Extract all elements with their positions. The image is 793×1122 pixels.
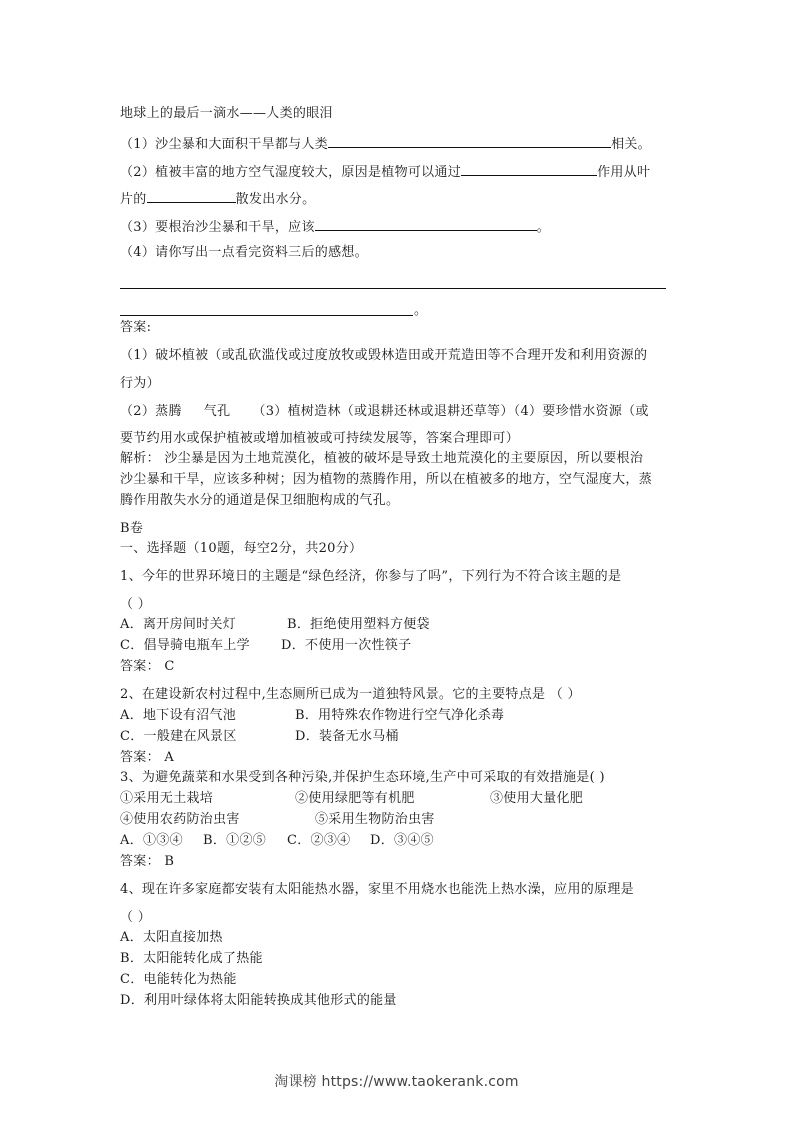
mc-question-3-option-b: B．①②⑤ <box>203 833 266 849</box>
mc-question-1-option-b: B．拒绝使用塑料方便袋 <box>287 617 430 633</box>
mc-question-4-option-b: B．太阳能转化成了热能 <box>120 951 263 967</box>
q2-prefix: （2）植被丰富的地方空气湿度较大，原因是植物可以通过 <box>120 165 461 180</box>
q3-blank[interactable] <box>315 217 537 231</box>
q4-answer-line-1[interactable] <box>120 288 666 289</box>
answer-4-line-1: （4）要珍惜水资源（或 <box>514 404 649 419</box>
mc-question-3-measure-4: ④使用农药防治虫害 <box>120 812 240 828</box>
q3-prefix: （3）要根治沙尘暴和干旱，应该 <box>120 220 315 235</box>
mc-question-1-option-a: A．离开房间时关灯 <box>120 617 236 633</box>
footer-watermark: 淘课榜 https://www.taokerank.com <box>0 1071 793 1091</box>
document-page: 地球上的最后一滴水——人类的眼泪 （1）沙尘暴和大面积干旱都与人类相关。 （2）… <box>0 0 793 1122</box>
mc-question-3-measure-3: ③使用大量化肥 <box>490 791 583 807</box>
mc-question-1-bracket: （ ） <box>120 597 151 613</box>
analysis-line-2: 沙尘暴和干旱，应该多种树；因为植物的蒸腾作用，所以在植被多的地方，空气湿度大，蒸 <box>120 472 652 488</box>
q2-blank-2[interactable] <box>147 189 236 203</box>
mc-question-3-stem: 3、为避免蔬菜和水果受到各种污染,并保护生态环境,生产中可采取的有效措施是( ) <box>120 770 605 786</box>
answer-3: （3）植树造林（或退耕还林或退耕还草等） <box>252 404 513 419</box>
answer-2-3-4-line: （2）蒸腾气孔（3）植树造林（或退耕还林或退耕还草等）（4）要珍惜水资源（或 <box>120 404 649 420</box>
mc-question-2-answer: 答案： A <box>120 750 174 766</box>
mc-question-4-option-d: D．利用叶绿体将太阳能转换成其他形式的能量 <box>120 993 397 1009</box>
mc-question-3-measure-1: ①采用无土栽培 <box>120 791 213 807</box>
analysis-line-1: 解析： 沙尘暴是因为土地荒漠化，植被的破坏是导致土地荒漠化的主要原因，所以要根治 <box>120 451 643 467</box>
fill-question-2: （2）植被丰富的地方空气湿度较大，原因是植物可以通过作用从叶 <box>120 162 650 181</box>
mc-question-1-option-d: D．不使用一次性筷子 <box>281 638 411 654</box>
q2-blank-1[interactable] <box>461 162 597 176</box>
mc-question-3-measure-5: ⑤采用生物防治虫害 <box>315 812 435 828</box>
mc-question-1-stem: 1、今年的世界环境日的主题是“绿色经济，你参与了吗”，下列行为不符合该主题的是 <box>120 569 621 585</box>
mc-question-4-option-a: A．太阳直接加热 <box>120 930 223 946</box>
fill-question-4: （4）请你写出一点看完资料三后的感想。 <box>120 245 368 261</box>
q2-suffix: 作用从叶 <box>597 165 650 180</box>
mc-question-2-option-a: A．地下设有沼气池 <box>120 708 236 724</box>
q4-answer-line-2[interactable] <box>120 315 413 316</box>
mc-question-2-option-c: C．一般建在风景区 <box>120 729 237 745</box>
answer-2-part-2: 气孔 <box>204 404 231 419</box>
mc-question-3-answer: 答案： B <box>120 854 174 870</box>
mc-question-1-answer: 答案： C <box>120 659 175 675</box>
mc-question-3-option-a: A．①③④ <box>120 833 183 849</box>
q1-prefix: （1）沙尘暴和大面积干旱都与人类 <box>120 137 328 152</box>
q4-end-mark: 。 <box>414 303 427 319</box>
fill-question-3: （3）要根治沙尘暴和干旱，应该。 <box>120 217 550 236</box>
answer-1-line-1: （1）破坏植被（或乱砍滥伐或过度放牧或毁林造田或开荒造田等不合理开发和利用资源的 <box>120 348 647 364</box>
q3-suffix: 。 <box>537 220 550 235</box>
mc-question-2-stem: 2、在建设新农村过程中,生态厕所已成为一道独特风景。它的主要特点是 （ ） <box>120 687 581 703</box>
q2-line2-suffix: 散发出水分。 <box>236 192 316 207</box>
fill-question-1: （1）沙尘暴和大面积干旱都与人类相关。 <box>120 134 651 153</box>
mc-question-3-option-c: C．②③④ <box>287 833 350 849</box>
answer-1-line-2: 行为） <box>120 376 160 392</box>
fill-question-2-cont: 片的散发出水分。 <box>120 189 315 208</box>
mc-question-3-measure-2: ②使用绿肥等有机肥 <box>295 791 415 807</box>
answer-4-line-2: 要节约用水或保护植被或增加植被或可持续发展等，答案合理即可） <box>120 431 519 447</box>
q1-suffix: 相关。 <box>611 137 651 152</box>
mc-question-4-stem: 4、现在许多家庭都安装有太阳能热水器，家里不用烧水也能洗上热水澡，应用的原理是 <box>120 882 634 898</box>
section-b-heading: 一、选择题（10题，每空2分，共20分） <box>120 541 362 557</box>
mc-question-1-option-c: C．倡导骑电瓶车上学 <box>120 638 250 654</box>
mc-question-3-option-d: D．③④⑤ <box>370 833 434 849</box>
section-b-title: B卷 <box>120 521 143 537</box>
analysis-line-3: 腾作用散失水分的通道是保卫细胞构成的气孔。 <box>120 493 399 509</box>
answer-2-part-1: （2）蒸腾 <box>120 404 182 419</box>
mc-question-2-option-b: B．用特殊农作物进行空气净化杀毒 <box>295 708 504 724</box>
mc-question-4-option-c: C．电能转化为热能 <box>120 972 237 988</box>
mc-question-2-option-d: D．装备无水马桶 <box>295 729 399 745</box>
answer-label: 答案: <box>120 320 151 336</box>
mc-question-4-bracket: （ ） <box>120 910 151 926</box>
passage-title: 地球上的最后一滴水——人类的眼泪 <box>120 106 333 122</box>
q2-line2-prefix: 片的 <box>120 192 147 207</box>
q1-blank[interactable] <box>328 134 611 148</box>
